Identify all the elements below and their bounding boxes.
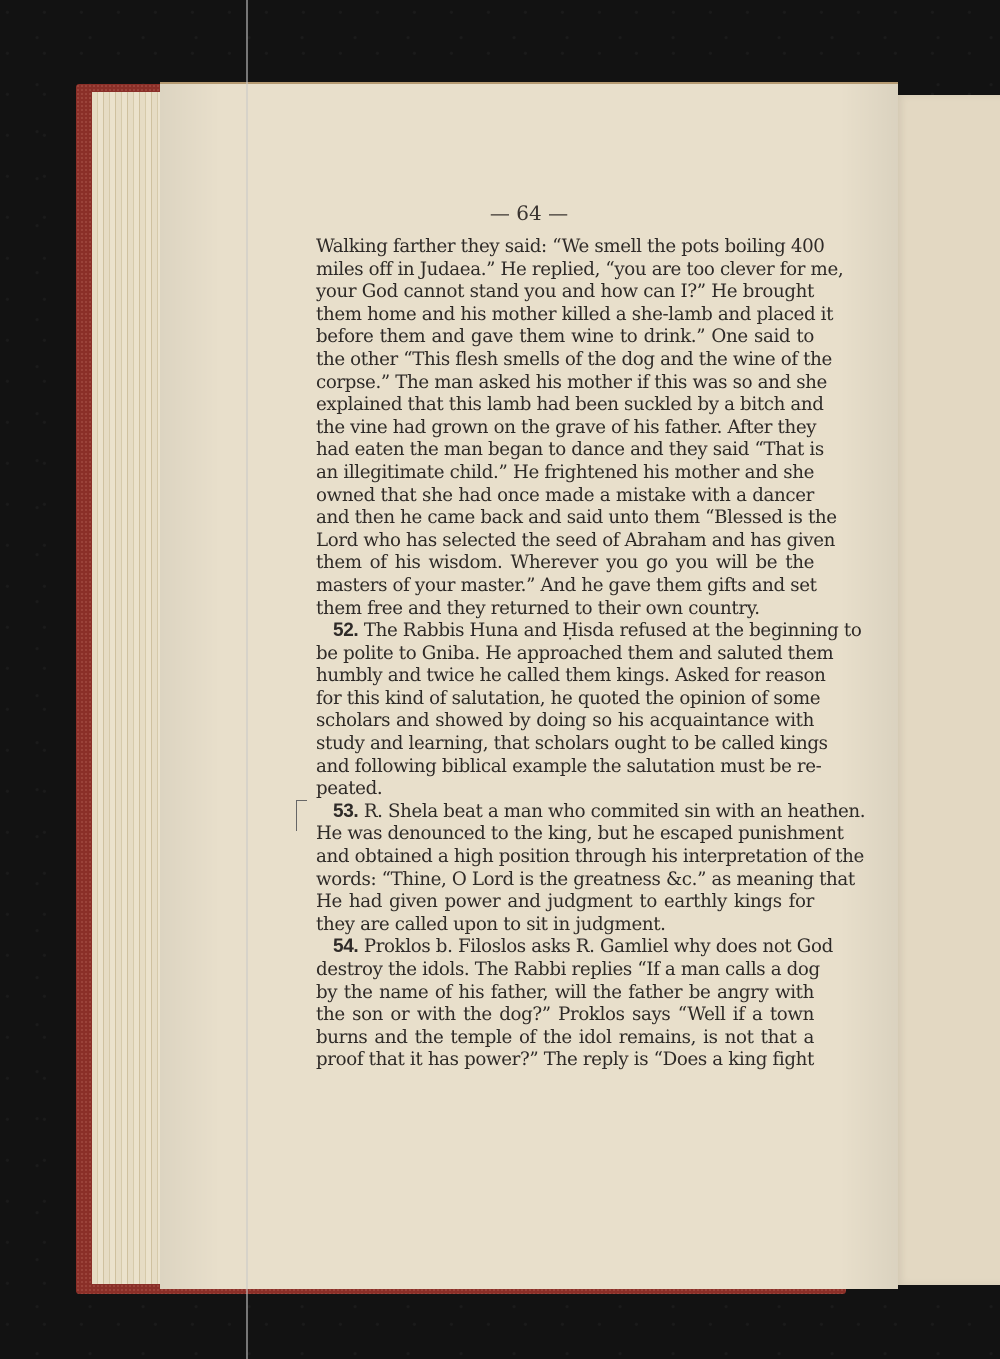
- scan-guide-line: [246, 0, 248, 1359]
- pencil-margin-mark: [296, 800, 307, 831]
- text-line: explained that this lamb had been suckle…: [316, 394, 814, 417]
- text-line: the son or with the dog?” Proklos says “…: [316, 1004, 814, 1027]
- text-line: peated.: [316, 778, 814, 801]
- text-line: corpse.” The man asked his mother if thi…: [316, 372, 814, 395]
- text-span: Proklos b. Filoslos asks R. Gamliel why …: [364, 936, 833, 957]
- text-line: the other “This flesh smells of the dog …: [316, 349, 814, 372]
- text-line: proof that it has power?” The reply is “…: [316, 1049, 814, 1072]
- text-line: them home and his mother killed a she-la…: [316, 304, 814, 327]
- text-line: for this kind of salutation, he quoted t…: [316, 688, 814, 711]
- text-line: Lord who has selected the seed of Abraha…: [316, 530, 814, 553]
- text-line: your God cannot stand you and how can I?…: [316, 281, 814, 304]
- section-number: 53.: [333, 801, 358, 822]
- text-line: them free and they returned to their own…: [316, 598, 814, 621]
- book-page: — 64 — Walking farther they said: “We sm…: [160, 82, 898, 1289]
- text-line: and following biblical example the salut…: [316, 756, 814, 779]
- text-line: 52. The Rabbis Huna and Ḥisda refused at…: [316, 620, 814, 643]
- page-number: — 64 —: [160, 201, 898, 225]
- text-line: owned that she had once made a mistake w…: [316, 485, 814, 508]
- text-line: miles off in Judaea.” He replied, “you a…: [316, 259, 814, 282]
- text-line: humbly and twice he called them kings. A…: [316, 665, 814, 688]
- text-line: an illegitimate child.” He frightened hi…: [316, 462, 814, 485]
- section-54: 54. Proklos b. Filoslos asks R. Gamliel …: [316, 936, 814, 1072]
- text-line: and then he came back and said unto them…: [316, 507, 814, 530]
- text-span: R. Shela beat a man who commited sin wit…: [364, 801, 865, 822]
- text-line: burns and the temple of the idol remains…: [316, 1027, 814, 1050]
- text-line: destroy the idols. The Rabbi replies “If…: [316, 959, 814, 982]
- section-53: 53. R. Shela beat a man who commited sin…: [316, 801, 814, 937]
- section-number: 54.: [333, 936, 358, 957]
- text-line: scholars and showed by doing so his acqu…: [316, 710, 814, 733]
- text-line: be polite to Gniba. He approached them a…: [316, 643, 814, 666]
- text-line: 53. R. Shela beat a man who commited sin…: [316, 801, 814, 824]
- text-line: them of his wisdom. Wherever you go you …: [316, 552, 814, 575]
- section-52: 52. The Rabbis Huna and Ḥisda refused at…: [316, 620, 814, 801]
- continuation-paragraph: Walking farther they said: “We smell the…: [316, 236, 814, 620]
- text-line: the vine had grown on the grave of his f…: [316, 417, 814, 440]
- text-span: The Rabbis Huna and Ḥisda refused at the…: [364, 620, 862, 641]
- facing-page-edge: [895, 95, 1000, 1285]
- text-line: before them and gave them wine to drink.…: [316, 326, 814, 349]
- text-line: and obtained a high position through his…: [316, 846, 814, 869]
- text-line: Walking farther they said: “We smell the…: [316, 236, 814, 259]
- text-line: words: “Thine, O Lord is the greatness &…: [316, 869, 814, 892]
- text-line: study and learning, that scholars ought …: [316, 733, 814, 756]
- text-line: by the name of his father, will the fath…: [316, 982, 814, 1005]
- text-line: masters of your master.” And he gave the…: [316, 575, 814, 598]
- text-line: had eaten the man began to dance and the…: [316, 439, 814, 462]
- section-number: 52.: [333, 620, 358, 641]
- page-text: Walking farther they said: “We smell the…: [316, 236, 814, 1072]
- text-line: He was denounced to the king, but he esc…: [316, 823, 814, 846]
- text-line: 54. Proklos b. Filoslos asks R. Gamliel …: [316, 936, 814, 959]
- text-line: they are called upon to sit in judgment.: [316, 914, 814, 937]
- text-line: He had given power and judgment to earth…: [316, 891, 814, 914]
